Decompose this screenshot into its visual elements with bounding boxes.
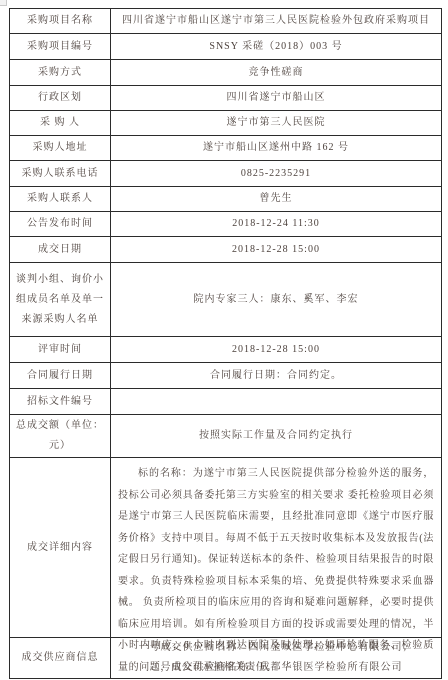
row-label-project-name: 采购项目名称 [10, 9, 111, 33]
table-row: 行政区划 四川省遂宁市船山区 [10, 86, 441, 111]
table-row: 采购方式 竞争性磋商 [10, 60, 441, 86]
row-value-deal-details: 标的名称：为遂宁市第三人民医院提供部分检验外送的服务，投标公司必须具备委托第三方… [111, 458, 441, 637]
table-row: 公告发布时间 2018-12-24 11:30 [10, 212, 441, 237]
row-value-review-time: 2018-12-28 15:00 [111, 337, 441, 362]
row-label-project-number: 采购项目编号 [10, 34, 111, 59]
row-label-administrative-region: 行政区划 [10, 86, 111, 110]
row-value-panel-members: 院内专家三人：康东、奚军、李宏 [111, 263, 441, 336]
table-row: 采 购 人 遂宁市第三人民医院 [10, 111, 441, 136]
row-label-deal-details: 成交详细内容 [10, 458, 111, 637]
row-label-deal-date: 成交日期 [10, 237, 111, 262]
row-value-supplier-info: 一号成交供应商名称：四川金域医学检验中心有限公司； 二号成交供应商名称：成都华银… [111, 638, 441, 678]
row-value-project-number: SNSY 采磋（2018）003 号 [111, 34, 441, 59]
table-row: 成交详细内容 标的名称：为遂宁市第三人民医院提供部分检验外送的服务，投标公司必须… [10, 458, 441, 638]
supplier-2-line: 二号成交供应商名称：成都华银医学检验所有限公司 [150, 658, 403, 678]
row-value-announcement-time: 2018-12-24 11:30 [111, 212, 441, 236]
row-value-purchaser-phone: 0825-2235291 [111, 161, 441, 186]
row-value-bid-document-number [111, 389, 441, 414]
table-row: 成交日期 2018-12-28 15:00 [10, 237, 441, 263]
row-label-procurement-method: 采购方式 [10, 60, 111, 85]
supplier-1-line: 一号成交供应商名称：四川金域医学检验中心有限公司； [139, 638, 414, 658]
table-row: 合同履行日期 合同履行日期：合同约定。 [10, 363, 441, 389]
row-label-panel-members: 谈判小组、询价小组成员名单及单一来源采购人名单 [10, 263, 111, 336]
row-label-purchaser-phone: 采购人联系电话 [10, 161, 111, 186]
row-label-announcement-time: 公告发布时间 [10, 212, 111, 236]
row-label-purchaser-contact: 采购人联系人 [10, 187, 111, 211]
table-row: 招标文件编号 [10, 389, 441, 415]
row-value-purchaser-contact: 曾先生 [111, 187, 441, 211]
row-value-project-name: 四川省遂宁市船山区遂宁市第三人民医院检验外包政府采购项目 [111, 9, 441, 33]
table-row: 总成交额（单位：元） 按照实际工作量及合同约定执行 [10, 415, 441, 458]
table-row: 采购项目名称 四川省遂宁市船山区遂宁市第三人民医院检验外包政府采购项目 [10, 9, 441, 34]
table-row: 采购项目编号 SNSY 采磋（2018）003 号 [10, 34, 441, 60]
row-value-deal-date: 2018-12-28 15:00 [111, 237, 441, 262]
table-row: 采购人联系人 曾先生 [10, 187, 441, 212]
table-row: 评审时间 2018-12-28 15:00 [10, 337, 441, 363]
row-value-procurement-method: 竞争性磋商 [111, 60, 441, 85]
row-value-contract-period: 合同履行日期：合同约定。 [111, 363, 441, 388]
row-label-total-amount: 总成交额（单位：元） [10, 415, 111, 457]
row-label-review-time: 评审时间 [10, 337, 111, 362]
row-label-purchaser-address: 采购人地址 [10, 136, 111, 160]
row-label-contract-period: 合同履行日期 [10, 363, 111, 388]
page-corner-artifact [0, 0, 7, 6]
row-label-purchaser: 采 购 人 [10, 111, 111, 135]
procurement-announcement-table: 采购项目名称 四川省遂宁市船山区遂宁市第三人民医院检验外包政府采购项目 采购项目… [9, 8, 442, 679]
table-row: 谈判小组、询价小组成员名单及单一来源采购人名单 院内专家三人：康东、奚军、李宏 [10, 263, 441, 337]
table-row: 采购人地址 遂宁市船山区遂州中路 162 号 [10, 136, 441, 161]
row-label-bid-document-number: 招标文件编号 [10, 389, 111, 414]
table-row: 采购人联系电话 0825-2235291 [10, 161, 441, 187]
table-row: 成交供应商信息 一号成交供应商名称：四川金域医学检验中心有限公司； 二号成交供应… [10, 638, 441, 678]
row-value-total-amount: 按照实际工作量及合同约定执行 [111, 415, 441, 457]
row-value-purchaser-address: 遂宁市船山区遂州中路 162 号 [111, 136, 441, 160]
row-label-supplier-info: 成交供应商信息 [10, 638, 111, 678]
row-value-purchaser: 遂宁市第三人民医院 [111, 111, 441, 135]
row-value-administrative-region: 四川省遂宁市船山区 [111, 86, 441, 110]
